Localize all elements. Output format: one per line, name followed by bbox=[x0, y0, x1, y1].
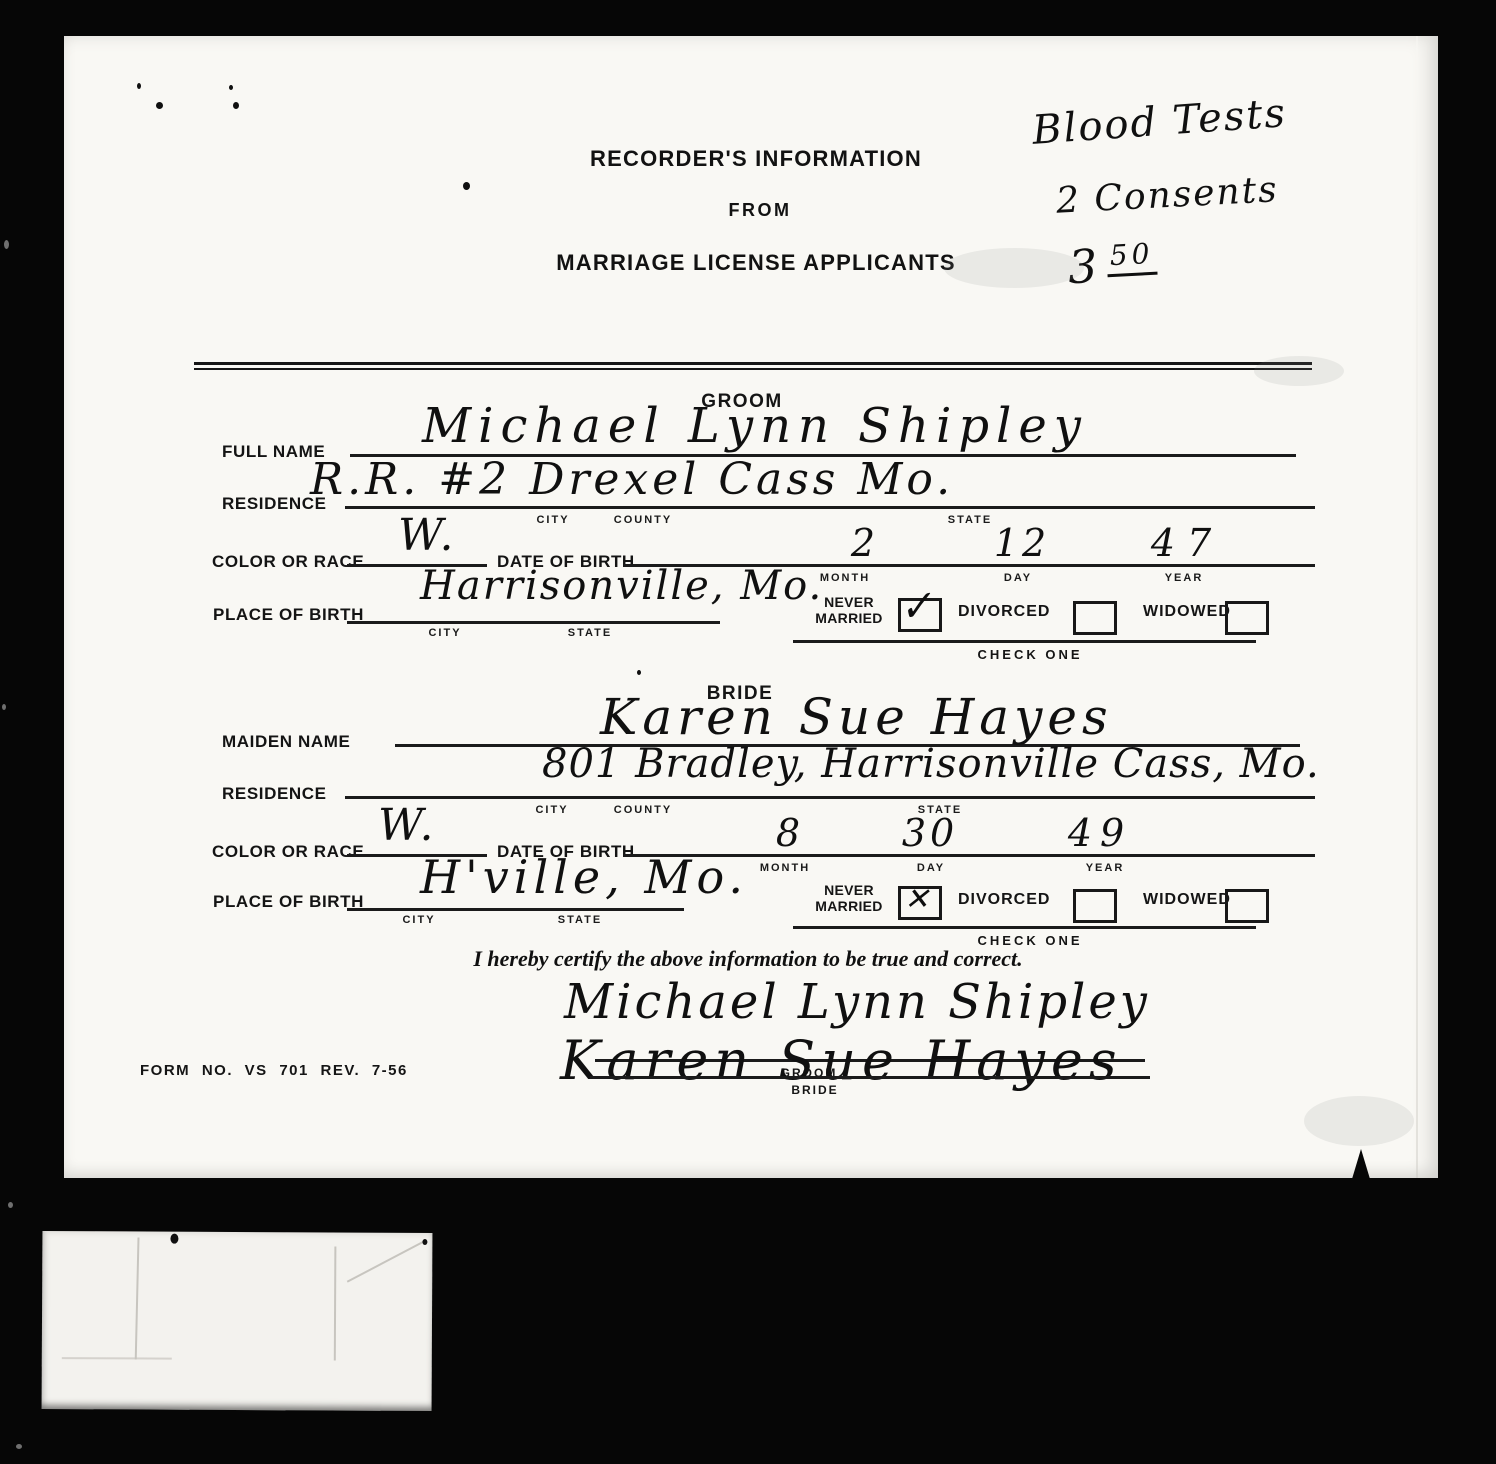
double-rule-divider bbox=[194, 362, 1312, 370]
bride-birth-state-label: STATE bbox=[558, 914, 602, 926]
groom-widowed-label: WIDOWED bbox=[1143, 603, 1231, 621]
scan-smudge bbox=[944, 248, 1084, 288]
scan-dust bbox=[2, 704, 6, 710]
document-paper: RECORDER'S INFORMATION FROM MARRIAGE LIC… bbox=[64, 36, 1438, 1178]
bride-signature: Karen Sue Hayes bbox=[560, 1034, 1123, 1088]
bride-birth-day-value: 30 bbox=[902, 814, 958, 852]
groom-residence-state-label: STATE bbox=[948, 514, 992, 526]
bride-widowed-label: WIDOWED bbox=[1143, 891, 1231, 909]
scrap-crease bbox=[62, 1357, 172, 1360]
ink-speck bbox=[170, 1234, 178, 1244]
handwritten-note-consents: 2 Consents bbox=[1055, 172, 1279, 220]
bride-birth-month-value: 8 bbox=[776, 814, 804, 852]
bride-residence-value: 801 Bradley, Harrisonville Cass, Mo. bbox=[542, 744, 1320, 784]
bride-birth-year-value: 49 bbox=[1068, 814, 1132, 852]
groom-birth-day-value: 12 bbox=[994, 524, 1050, 562]
paper-edge-notch bbox=[1352, 1149, 1370, 1179]
ink-speck bbox=[137, 83, 141, 89]
paper-scrap bbox=[42, 1231, 433, 1411]
scrap-crease bbox=[135, 1237, 140, 1359]
certification-statement: I hereby certify the above information t… bbox=[473, 946, 1022, 972]
groom-day-label: DAY bbox=[1004, 572, 1032, 584]
bride-place-of-birth-label: PLACE OF BIRTH bbox=[213, 892, 364, 912]
bride-color-or-race-label: COLOR OR RACE bbox=[212, 842, 364, 862]
bride-month-label: MONTH bbox=[760, 862, 810, 874]
bride-signature-label: BRIDE bbox=[791, 1083, 838, 1097]
bride-divorced-checkbox bbox=[1073, 889, 1117, 923]
bride-day-label: DAY bbox=[917, 862, 945, 874]
form-number: FORM NO. VS 701 REV. 7-56 bbox=[140, 1062, 408, 1079]
groom-never-married-label: NEVER MARRIED bbox=[806, 594, 892, 626]
document-title-line2: FROM bbox=[729, 200, 792, 221]
groom-color-or-race-value: W. bbox=[398, 514, 458, 558]
groom-birth-city-label: CITY bbox=[428, 627, 461, 639]
groom-residence-line bbox=[345, 506, 1315, 509]
document-title-line1: RECORDER'S INFORMATION bbox=[590, 146, 922, 172]
groom-never-married-checkbox: ✓ bbox=[898, 598, 942, 632]
bride-widowed-checkbox bbox=[1225, 889, 1269, 923]
bride-color-or-race-value: W. bbox=[378, 804, 438, 848]
bride-check-one-line bbox=[793, 926, 1256, 929]
bride-never-married-checkbox: ✕ bbox=[898, 886, 942, 920]
groom-birth-state-label: STATE bbox=[568, 627, 612, 639]
ink-speck bbox=[637, 670, 641, 675]
ink-speck bbox=[229, 85, 233, 90]
groom-signature: Michael Lynn Shipley bbox=[564, 978, 1150, 1026]
bride-residence-county-label: COUNTY bbox=[614, 804, 672, 816]
groom-check-one-line bbox=[793, 640, 1256, 643]
ink-speck bbox=[463, 182, 470, 190]
groom-birth-month-value: 2 bbox=[851, 524, 879, 562]
scrap-crease bbox=[347, 1241, 424, 1283]
scan-dust bbox=[8, 1202, 13, 1208]
groom-full-name-value: Michael Lynn Shipley bbox=[422, 402, 1088, 450]
groom-divorced-checkbox bbox=[1073, 601, 1117, 635]
groom-widowed-checkbox bbox=[1225, 601, 1269, 635]
bride-place-of-birth-value: H'ville, Mo. bbox=[420, 854, 748, 900]
groom-color-or-race-label: COLOR OR RACE bbox=[212, 552, 364, 572]
bride-divorced-label: DIVORCED bbox=[958, 891, 1050, 909]
ink-speck bbox=[233, 102, 239, 109]
handwritten-note-blood-tests: Blood Tests bbox=[1031, 93, 1288, 151]
groom-residence-county-label: COUNTY bbox=[614, 514, 672, 526]
ink-speck bbox=[156, 102, 163, 109]
groom-place-of-birth-value: Harrisonville, Mo. bbox=[420, 566, 823, 606]
groom-month-label: MONTH bbox=[820, 572, 870, 584]
groom-year-label: YEAR bbox=[1165, 572, 1204, 584]
bride-residence-line bbox=[345, 796, 1315, 799]
scan-dust bbox=[4, 240, 9, 249]
bride-residence-city-label: CITY bbox=[535, 804, 568, 816]
groom-residence-value: R.R. #2 Drexel Cass Mo. bbox=[310, 458, 954, 502]
groom-place-of-birth-line bbox=[347, 621, 720, 624]
groom-place-of-birth-label: PLACE OF BIRTH bbox=[213, 605, 364, 625]
bride-year-label: YEAR bbox=[1086, 862, 1125, 874]
ink-speck bbox=[422, 1239, 427, 1245]
scrap-crease bbox=[334, 1247, 337, 1361]
scan-dust bbox=[16, 1444, 22, 1449]
scan-smudge bbox=[1304, 1096, 1414, 1146]
groom-check-mark: ✓ bbox=[896, 585, 935, 629]
bride-residence-label: RESIDENCE bbox=[222, 784, 327, 804]
bride-check-mark: ✕ bbox=[904, 885, 929, 915]
document-title-line3: MARRIAGE LICENSE APPLICANTS bbox=[556, 250, 956, 276]
bride-maiden-name-label: MAIDEN NAME bbox=[222, 732, 350, 752]
scan-background: RECORDER'S INFORMATION FROM MARRIAGE LIC… bbox=[0, 0, 1496, 1464]
bride-place-of-birth-line bbox=[347, 908, 684, 911]
fee-cents: 50 bbox=[1106, 237, 1158, 278]
bride-signature-line bbox=[590, 1076, 1150, 1079]
groom-residence-city-label: CITY bbox=[536, 514, 569, 526]
bride-birth-city-label: CITY bbox=[402, 914, 435, 926]
groom-birth-year-value: 47 bbox=[1151, 524, 1223, 562]
groom-divorced-label: DIVORCED bbox=[958, 603, 1050, 621]
bride-never-married-label: NEVER MARRIED bbox=[806, 882, 892, 914]
groom-check-one-label: CHECK ONE bbox=[977, 647, 1082, 662]
scan-smudge bbox=[1254, 356, 1344, 386]
bride-maiden-name-value: Karen Sue Hayes bbox=[600, 692, 1113, 742]
paper-edge-seam bbox=[1416, 36, 1418, 1178]
